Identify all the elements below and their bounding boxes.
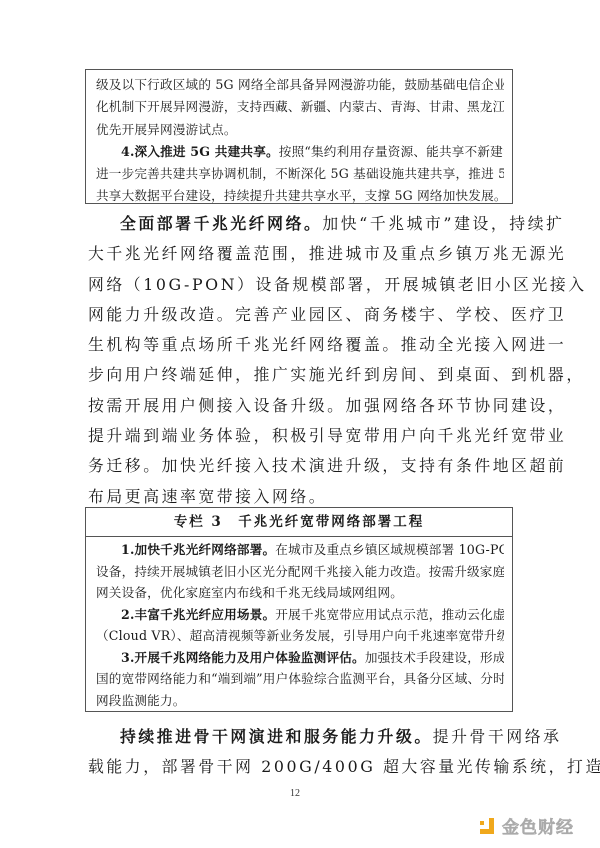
column-item-line: 网段监测能力。: [96, 690, 504, 712]
column-item-3: 3.开展千兆网络能力及用户体验监测评估。加强技术手段建设，形成覆盖全: [96, 647, 504, 669]
item4-first-line: 4.深入推进 5G 共建共享。按照“集约利用存量资源、能共享不新建”的原则，: [96, 141, 504, 163]
gigabit-title: 全面部署千兆光纤网络。: [120, 214, 322, 233]
column-item-2: 2.丰富千兆光纤应用场景。开展千兆宽带应用试点示范，推动云化虚拟现实: [96, 604, 504, 626]
column-3-box: 专栏 3 千兆光纤宽带网络部署工程 1.加快千兆光纤网络部署。在城市及重点乡镇区…: [85, 507, 513, 712]
gigabit-paragraph: 全面部署千兆光纤网络。加快“千兆城市”建设，持续扩 大千兆光纤网络覆盖范围，推进…: [88, 209, 514, 512]
page-number: 12: [290, 788, 300, 799]
gigabit-line: 务迁移。加快光纤接入技术演进升级，支持有条件地区超前: [88, 451, 514, 481]
column-item-text: 在城市及重点乡镇区域规模部署 10G-PON OLT: [275, 542, 504, 557]
column-item-line: （Cloud VR）、超高清视频等新业务发展，引导用户向千兆速率宽带升级。: [96, 625, 504, 647]
gigabit-line: 大千兆光纤网络覆盖范围，推进城市及重点乡镇万兆无源光: [88, 239, 514, 269]
gigabit-line: 提升端到端业务体验，积极引导宽带用户向千兆光纤宽带业: [88, 421, 514, 451]
box1-line: 级及以下行政区域的 5G 网络全部具备异网漫游功能，鼓励基础电信企业在市场: [96, 74, 504, 96]
column-item-1: 1.加快千兆光纤网络部署。在城市及重点乡镇区域规模部署 10G-PON OLT: [96, 539, 504, 561]
gigabit-line: 按需开展用户侧接入设备升级。加强网络各环节协同建设，: [88, 391, 514, 421]
backbone-text: 提升骨干网络承: [433, 727, 562, 746]
gigabit-line: 网络（10G-PON）设备规模部署，开展城镇老旧小区光接入: [88, 270, 514, 300]
watermark: 金色财经: [480, 813, 574, 838]
gigabit-line: 生机构等重点场所千兆光纤网络覆盖。推动全光接入网进一: [88, 330, 514, 360]
gigabit-line: 网能力升级改造。完善产业园区、商务楼宇、学校、医疗卫: [88, 300, 514, 330]
box1-line: 优先开展异网漫游试点。: [96, 119, 504, 141]
gigabit-text: 加快“千兆城市”建设，持续扩: [322, 214, 564, 233]
column-item-line: 网关设备，优化家庭室内布线和千兆无线局域网组网。: [96, 582, 504, 604]
item4-line: 共享大数据平台建设，持续提升共建共享水平，支撑 5G 网络加快发展。: [96, 185, 504, 207]
item4-line: 进一步完善共建共享协调机制，不断深化 5G 基础设施共建共享，推进 5G 共建: [96, 163, 504, 185]
jinse-logo-icon: [480, 818, 496, 834]
column-item-text: 加强技术手段建设，形成覆盖全: [365, 650, 504, 665]
document-page: 级及以下行政区域的 5G 网络全部具备异网漫游功能，鼓励基础电信企业在市场 化机…: [0, 0, 600, 848]
5g-section-box: 级及以下行政区域的 5G 网络全部具备异网漫游功能，鼓励基础电信企业在市场 化机…: [85, 69, 513, 204]
column-item-text: 开展千兆宽带应用试点示范，推动云化虚拟现实: [275, 607, 504, 622]
column-item-title: 3.开展千兆网络能力及用户体验监测评估。: [121, 650, 365, 665]
column-item-title: 2.丰富千兆光纤应用场景。: [121, 607, 275, 622]
backbone-paragraph: 持续推进骨干网演进和服务能力升级。提升骨干网络承 载能力，部署骨干网 200G/…: [88, 722, 514, 783]
column-3-header: 专栏 3 千兆光纤宽带网络部署工程: [86, 508, 512, 537]
gigabit-first-line: 全面部署千兆光纤网络。加快“千兆城市”建设，持续扩: [88, 209, 514, 239]
box1-line: 化机制下开展异网漫游，支持西藏、新疆、内蒙古、青海、甘肃、黑龙江等省份: [96, 96, 504, 118]
column-3-body: 1.加快千兆光纤网络部署。在城市及重点乡镇区域规模部署 10G-PON OLT …: [86, 537, 512, 711]
item4-text: 按照“集约利用存量资源、能共享不新建”的原则，: [279, 144, 504, 159]
watermark-text: 金色财经: [502, 813, 574, 838]
column-item-title: 1.加快千兆光纤网络部署。: [121, 542, 275, 557]
item4-title: 4.深入推进 5G 共建共享。: [121, 144, 279, 159]
backbone-first-line: 持续推进骨干网演进和服务能力升级。提升骨干网络承: [88, 722, 514, 752]
column-item-line: 设备，持续开展城镇老旧小区光分配网千兆接入能力改造。按需升级家庭和企业: [96, 561, 504, 583]
gigabit-line: 步向用户终端延伸，推广实施光纤到房间、到桌面、到机器，: [88, 360, 514, 390]
backbone-title: 持续推进骨干网演进和服务能力升级。: [120, 727, 433, 746]
column-item-line: 国的宽带网络能力和“端到端”用户体验综合监测平台，具备分区域、分时段、全: [96, 668, 504, 690]
backbone-line: 载能力，部署骨干网 200G/400G 超大容量光传输系统，打造: [88, 752, 514, 782]
